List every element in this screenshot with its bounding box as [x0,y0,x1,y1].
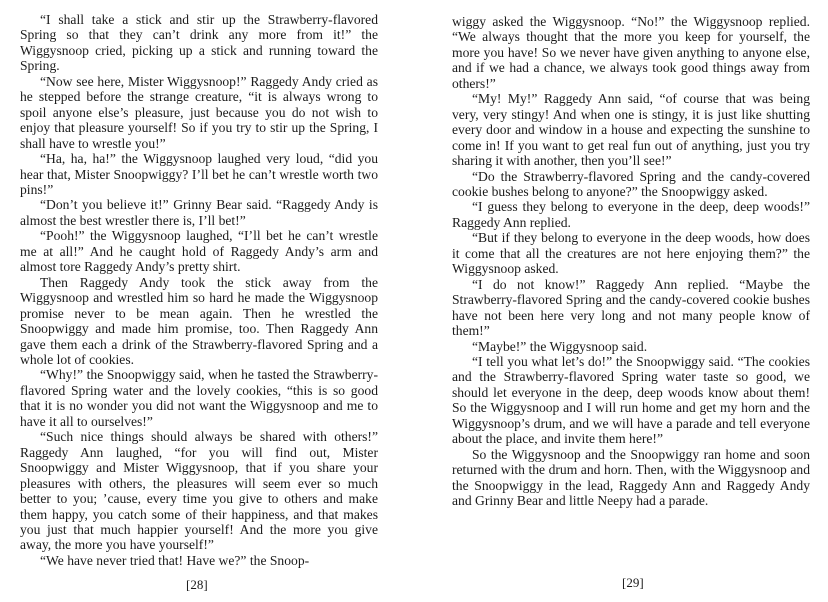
paragraph: “We have never tried that! Have we?” the… [20,553,378,568]
paragraph: “Maybe!” the Wiggysnoop said. [452,339,810,354]
paragraph: “I guess they belong to everyone in the … [452,199,810,230]
paragraph: “I tell you what let’s do!” the Snoopwig… [452,354,810,447]
paragraph: “Now see here, Mister Wiggysnoop!” Ragge… [20,74,378,151]
paragraph: “Pooh!” the Wiggysnoop laughed, “I’ll be… [20,228,378,274]
paragraph: “Why!” the Snoopwiggy said, when he tast… [20,367,378,429]
paragraph: “I shall take a stick and stir up the St… [20,12,378,74]
paragraph: Then Raggedy Andy took the stick away fr… [20,275,378,368]
page-number-right: [29] [622,575,644,591]
paragraph: “But if they belong to everyone in the d… [452,230,810,276]
paragraph: “Don’t you believe it!” Grinny Bear said… [20,197,378,228]
paragraph: So the Wiggysnoop and the Snoopwiggy ran… [452,447,810,509]
page-number-left: [28] [186,577,208,593]
paragraph: “Such nice things should always be share… [20,429,378,553]
paragraph: “My! My!” Raggedy Ann said, “of course t… [452,91,810,168]
paragraph: “Ha, ha, ha!” the Wiggysnoop laughed ver… [20,151,378,197]
left-page: “I shall take a stick and stir up the St… [20,12,378,568]
continued-paragraph: wiggy asked the Wiggysnoop. “No!” the Wi… [452,14,810,91]
paragraph: “I do not know!” Raggedy Ann replied. “M… [452,277,810,339]
right-page: wiggy asked the Wiggysnoop. “No!” the Wi… [452,14,810,509]
paragraph: “Do the Strawberry-flavored Spring and t… [452,169,810,200]
